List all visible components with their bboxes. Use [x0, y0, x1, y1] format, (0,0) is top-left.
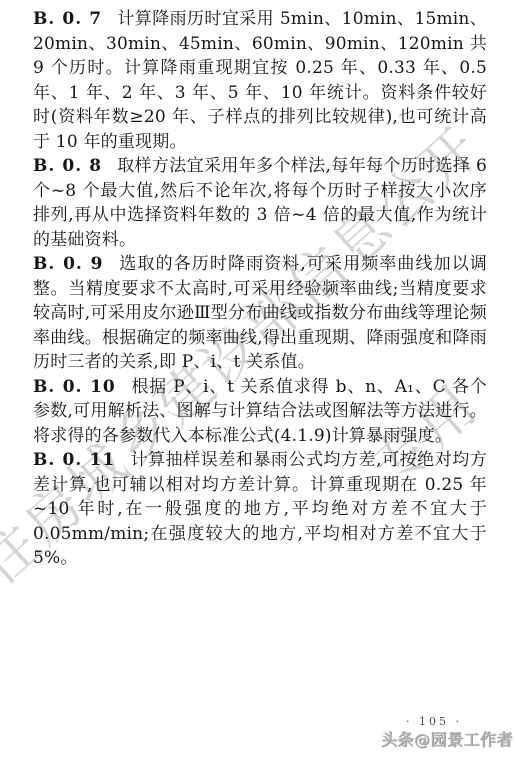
clause-b-0-8: B. 0. 8取样方法宜采用年多个样法,每年每个历时选择 6 个~8 个最大值,… [33, 154, 487, 252]
document-page: 住房城乡建设部信息公开 专用 B. 0. 7计算降雨历时宜采用 5min、10m… [0, 0, 516, 757]
clause-b-0-11: B. 0. 11计算抽样误差和暴雨公式均方差,可按绝对均方差计算,也可辅以相对均… [33, 448, 487, 571]
clause-number: B. 0. 7 [33, 9, 102, 29]
clause-number: B. 0. 8 [33, 156, 102, 176]
clause-number: B. 0. 11 [33, 450, 115, 470]
clause-b-0-7: B. 0. 7计算降雨历时宜采用 5min、10min、15min、20min、… [33, 7, 487, 154]
clause-b-0-9: B. 0. 9选取的各历时降雨资料,可采用频率曲线加以调整。当精度要求不太高时,… [33, 252, 487, 375]
clause-text: 计算降雨历时宜采用 5min、10min、15min、20min、30min、4… [33, 9, 487, 152]
clause-number: B. 0. 10 [33, 377, 116, 397]
clause-b-0-10: B. 0. 10根据 P、i、t 关系值求得 b、n、A₁、C 各个参数,可用解… [33, 375, 487, 449]
document-body: B. 0. 7计算降雨历时宜采用 5min、10min、15min、20min、… [33, 7, 487, 571]
footer-credit-watermark: 头条@园景工作者 [381, 727, 513, 750]
clause-number: B. 0. 9 [33, 254, 104, 274]
